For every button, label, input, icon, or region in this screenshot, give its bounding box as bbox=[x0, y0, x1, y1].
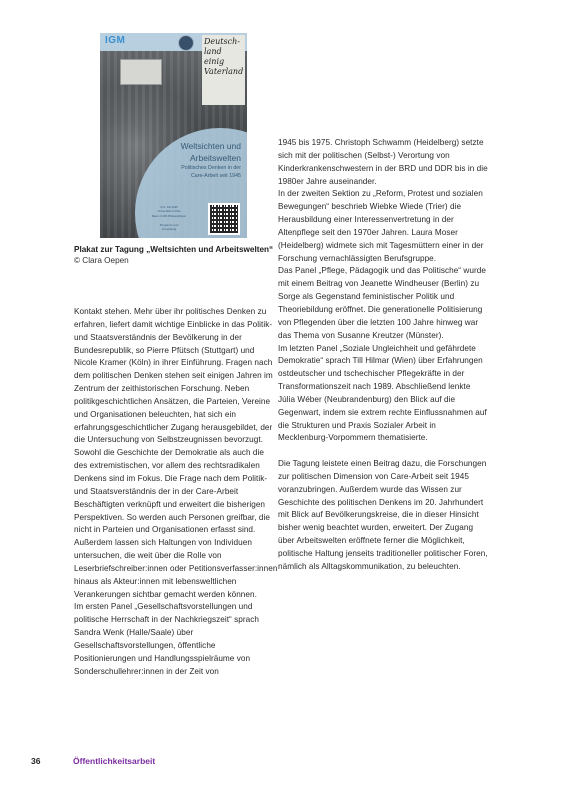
poster-subtitle-line2: Care-Arbeit seit 1945 bbox=[181, 173, 241, 181]
poster-subtitle-line1: Politisches Denken in der bbox=[181, 165, 241, 173]
protest-sign bbox=[120, 59, 162, 85]
poster-event-info: 3./4. Juli 2025 Universität zu Köln Raum… bbox=[144, 205, 194, 231]
poster-title: Weltsichten und Arbeitswelten bbox=[181, 140, 241, 164]
page-number: 36 bbox=[31, 756, 40, 766]
left-text-column: Kontakt stehen. Mehr über ihr politische… bbox=[74, 306, 279, 678]
paragraph: Die Tagung leistete einen Beitrag dazu, … bbox=[278, 458, 488, 574]
right-text-column: 1945 bis 1975. Christoph Schwamm (Heidel… bbox=[278, 137, 488, 574]
caption-credit: © Clara Oepen bbox=[74, 255, 274, 266]
section-title: Öffentlichkeitsarbeit bbox=[73, 756, 155, 766]
paragraph: Das Panel „Pflege, Pädagogik und das Pol… bbox=[278, 265, 488, 342]
poster-subtitle: Politisches Denken in der Care-Arbeit se… bbox=[181, 165, 241, 180]
qr-code-icon bbox=[208, 203, 240, 235]
university-seal-icon bbox=[178, 35, 194, 51]
paragraph: 1945 bis 1975. Christoph Schwamm (Heidel… bbox=[278, 137, 488, 188]
igm-logo: IGM bbox=[105, 35, 125, 46]
conference-poster-image: IGM Deutsch- land einig Vaterland Weltsi… bbox=[100, 33, 247, 238]
paragraph: In der zweiten Sektion zu „Reform, Prote… bbox=[278, 188, 488, 265]
poster-title-line1: Weltsichten und bbox=[181, 140, 241, 152]
caption-title: Plakat zur Tagung „Weltsichten und Arbei… bbox=[74, 244, 274, 255]
paragraph: Im letzten Panel „Soziale Ungleichheit u… bbox=[278, 343, 488, 446]
poster-title-line2: Arbeitswelten bbox=[181, 152, 241, 164]
image-caption: Plakat zur Tagung „Weltsichten und Arbei… bbox=[74, 244, 274, 266]
paragraph: Im ersten Panel „Gesellschaftsvorstellun… bbox=[74, 601, 279, 678]
paragraph: Kontakt stehen. Mehr über ihr politische… bbox=[74, 306, 279, 601]
poster-sign-text: Deutsch- land einig Vaterland bbox=[202, 35, 245, 105]
